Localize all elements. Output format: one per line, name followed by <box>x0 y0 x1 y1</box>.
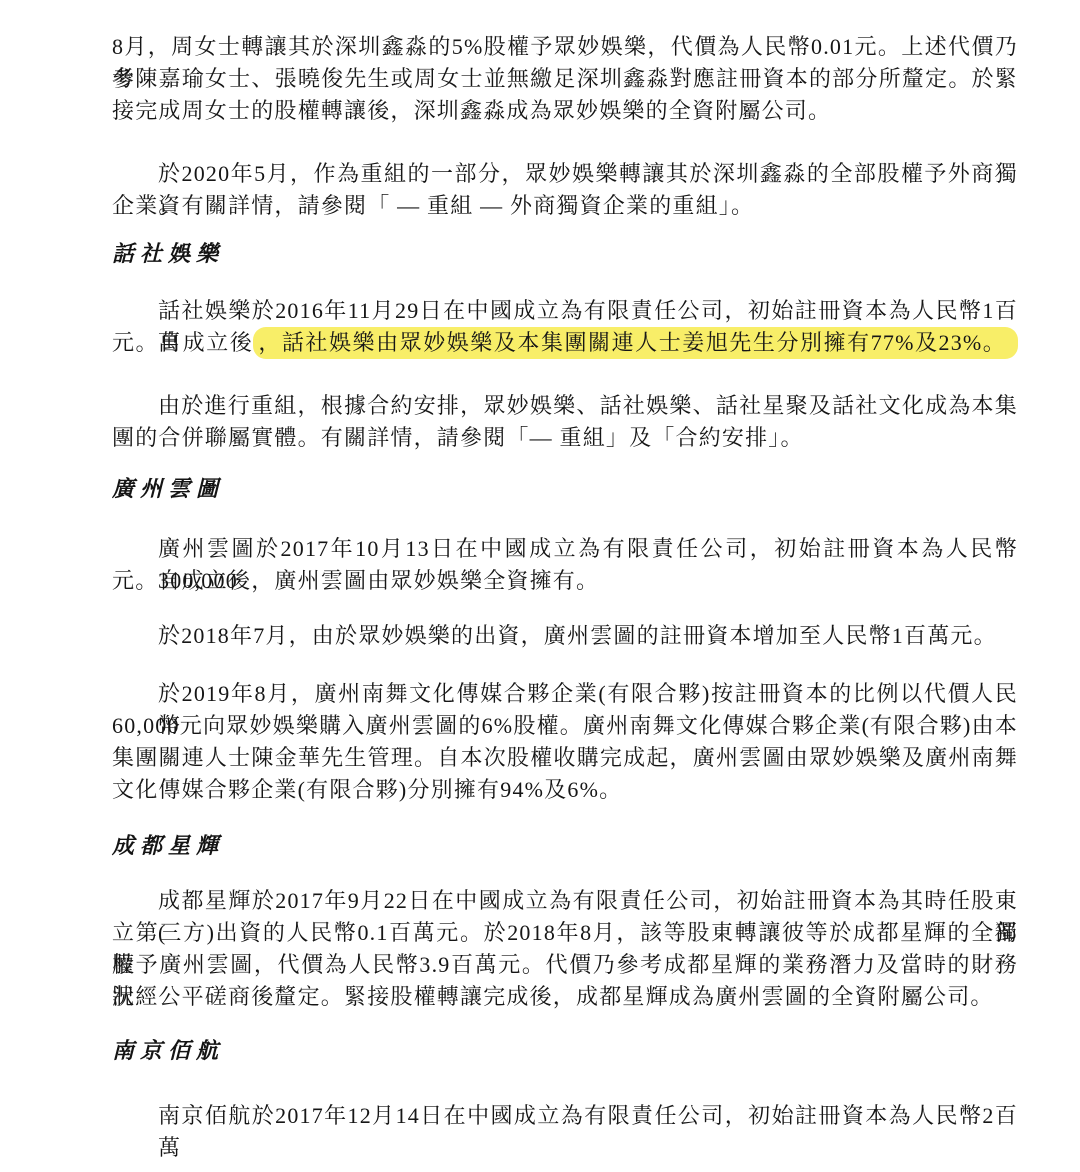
text-line: 廣州雲圖於2017年10月13日在中國成立為有限責任公司，初始註冊資本為人民幣3… <box>112 533 1018 565</box>
text-line: 元。自成立後，話社娛樂由眾妙娛樂及本集團關連人士姜旭先生分別擁有77%及23%。 <box>112 327 1018 359</box>
text-line: 南京佰航於2017年12月14日在中國成立為有限責任公司，初始註冊資本為人民幣2… <box>112 1100 1018 1132</box>
text-segment: 元。自成立後 <box>112 330 253 355</box>
text-line: 企業。有關詳情，請參閱「 — 重組 — 外商獨資企業的重組」。 <box>112 190 1018 222</box>
text-line: 元。自成立後，廣州雲圖由眾妙娛樂全資擁有。 <box>112 565 1018 597</box>
section-heading-chengdu-xinghui: 成都星輝 <box>112 830 1018 862</box>
paragraph-2019-equity-acquisition: 於2019年8月，廣州南舞文化傳媒合夥企業(有限合夥)按註冊資本的比例以代價人民… <box>112 678 1018 806</box>
text-line: 集團關連人士陳金華先生管理。自本次股權收購完成起，廣州雲圖由眾妙娛樂及廣州南舞 <box>112 742 1018 774</box>
paragraph-chengdu-xinghui: 成都星輝於2017年9月22日在中國成立為有限責任公司，初始註冊資本為其時任股東… <box>112 885 1018 1013</box>
text-line: 於2020年5月，作為重組的一部分，眾妙娛樂轉讓其於深圳鑫淼的全部股權予外商獨資 <box>112 158 1018 190</box>
text-line: 話社娛樂於2016年11月29日在中國成立為有限責任公司，初始註冊資本為人民幣1… <box>112 295 1018 327</box>
paragraph-huashe-yule: 話社娛樂於2016年11月29日在中國成立為有限責任公司，初始註冊資本為人民幣1… <box>112 295 1018 359</box>
text-line: 成都星輝於2017年9月22日在中國成立為有限責任公司，初始註冊資本為其時任股東… <box>112 885 1018 917</box>
text-line: 立第三方)出資的人民幣0.1百萬元。於2018年8月，該等股東轉讓彼等於成都星輝… <box>112 917 1018 949</box>
text-line: 接完成周女士的股權轉讓後，深圳鑫淼成為眾妙娛樂的全資附屬公司。 <box>112 95 1018 127</box>
paragraph-guangzhou-yuntu-establishment: 廣州雲圖於2017年10月13日在中國成立為有限責任公司，初始註冊資本為人民幣3… <box>112 533 1018 597</box>
section-heading-guangzhou-yuntu: 廣州雲圖 <box>112 473 1018 505</box>
paragraph-shenzhen-xinmiao-continuation: 8月，周女士轉讓其於深圳鑫淼的5%股權予眾妙娛樂，代價為人民幣0.01元。上述代… <box>112 31 1018 127</box>
text-line: 團的合併聯屬實體。有關詳情，請參閱「— 重組」及「合約安排」。 <box>112 422 1018 454</box>
text-line: 權予廣州雲圖，代價為人民幣3.9百萬元。代價乃參考成都星輝的業務潛力及當時的財務… <box>112 949 1018 981</box>
text-line: 8月，周女士轉讓其於深圳鑫淼的5%股權予眾妙娛樂，代價為人民幣0.01元。上述代… <box>112 31 1018 63</box>
paragraph-2018-capital-increase: 於2018年7月，由於眾妙娛樂的出資，廣州雲圖的註冊資本增加至人民幣1百萬元。 <box>112 620 1018 652</box>
document-page: 8月，周女士轉讓其於深圳鑫淼的5%股權予眾妙娛樂，代價為人民幣0.01元。上述代… <box>0 0 1080 1172</box>
paragraph-2020-restructuring: 於2020年5月，作為重組的一部分，眾妙娛樂轉讓其於深圳鑫淼的全部股權予外商獨資… <box>112 158 1018 222</box>
highlight-marker: ，話社娛樂由眾妙娛樂及本集團關連人士姜旭先生分別擁有77%及23%。 <box>253 327 1018 359</box>
text-line: 況經公平磋商後釐定。緊接股權轉讓完成後，成都星輝成為廣州雲圖的全資附屬公司。 <box>112 981 1018 1013</box>
paragraph-contractual-arrangements: 由於進行重組，根據合約安排，眾妙娛樂、話社娛樂、話社星聚及話社文化成為本集 團的… <box>112 390 1018 454</box>
text-line: 由於進行重組，根據合約安排，眾妙娛樂、話社娛樂、話社星聚及話社文化成為本集 <box>112 390 1018 422</box>
paragraph-nanjing-baihang: 南京佰航於2017年12月14日在中國成立為有限責任公司，初始註冊資本為人民幣2… <box>112 1100 1018 1132</box>
text-line: 於2019年8月，廣州南舞文化傳媒合夥企業(有限合夥)按註冊資本的比例以代價人民… <box>112 678 1018 710</box>
section-heading-huashe-yule: 話社娛樂 <box>112 238 1018 270</box>
text-line: 60,000元向眾妙娛樂購入廣州雲圖的6%股權。廣州南舞文化傳媒合夥企業(有限合… <box>112 710 1018 742</box>
text-line: 於2018年7月，由於眾妙娛樂的出資，廣州雲圖的註冊資本增加至人民幣1百萬元。 <box>112 620 1018 652</box>
text-line: 文化傳媒合夥企業(有限合夥)分別擁有94%及6%。 <box>112 774 1018 806</box>
text-line: 考陳嘉瑜女士、張曉俊先生或周女士並無繳足深圳鑫淼對應註冊資本的部分所釐定。於緊 <box>112 63 1018 95</box>
section-heading-nanjing-baihang: 南京佰航 <box>112 1035 1018 1067</box>
